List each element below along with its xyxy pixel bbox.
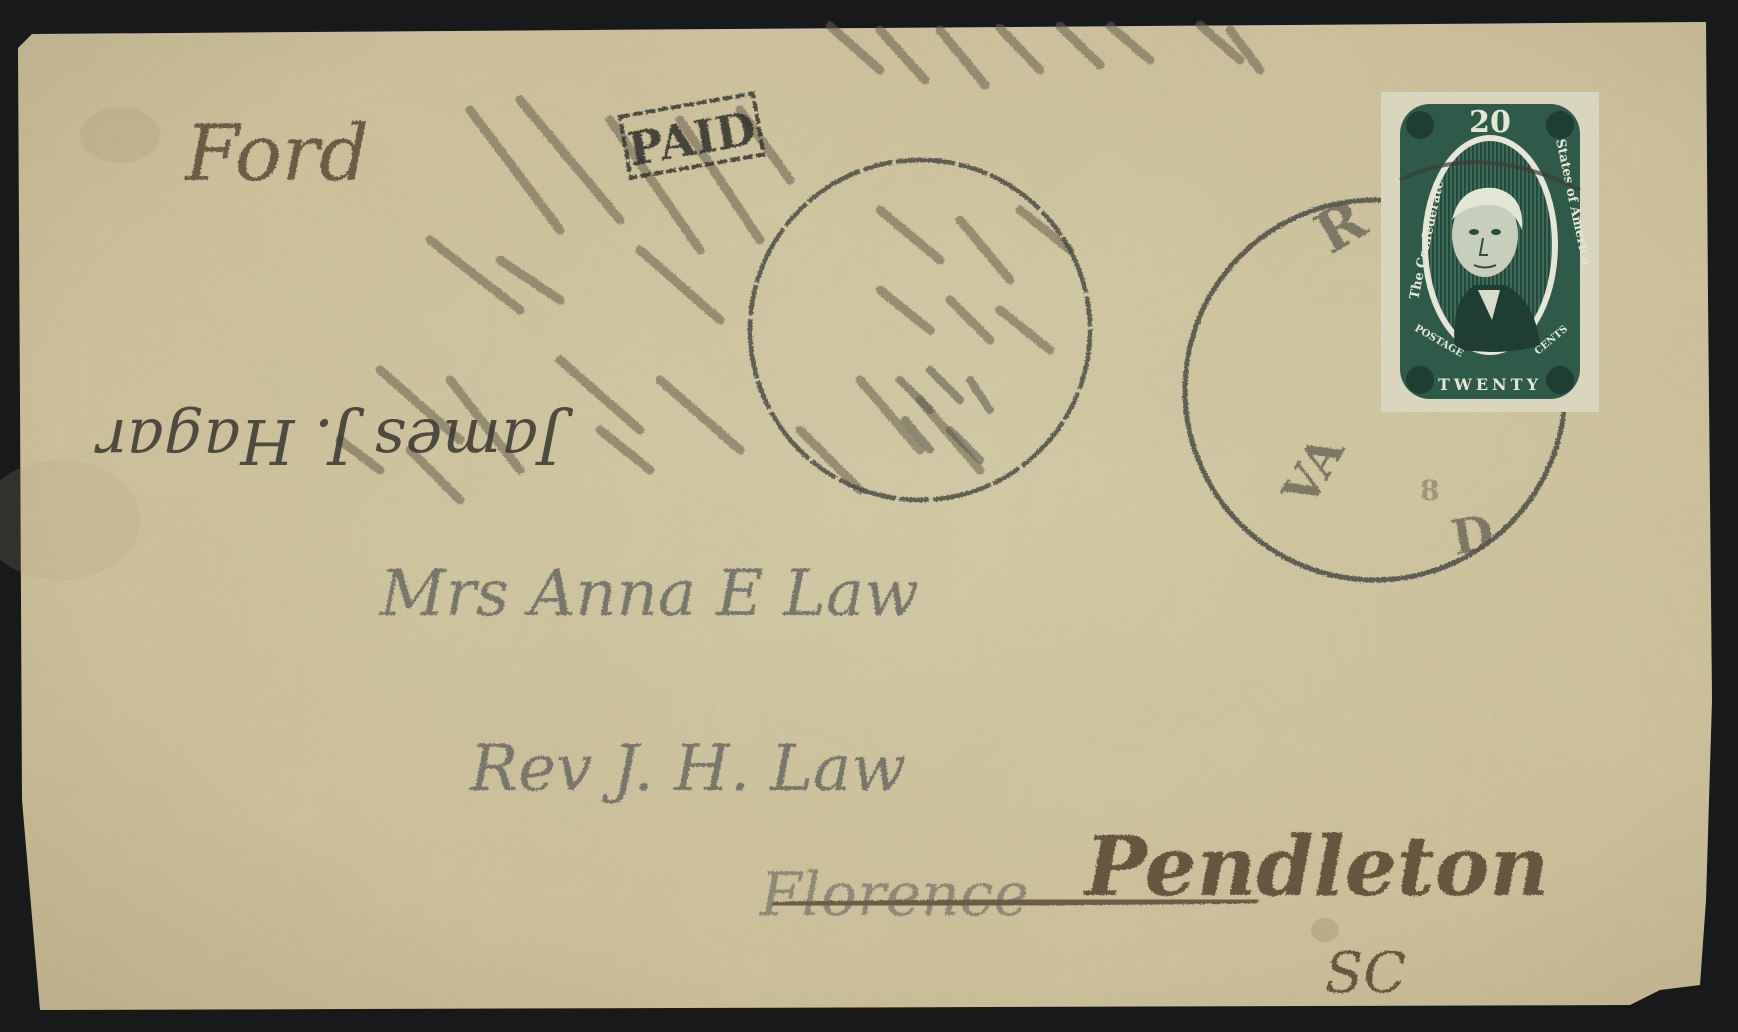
stamp-banner: TWENTY <box>1438 375 1542 394</box>
svg-text:8: 8 <box>1420 474 1439 507</box>
inverted-signature: James J. Hagar <box>94 405 574 478</box>
postage-stamp: 20 The Confederate States of America POS… <box>1381 92 1599 412</box>
forwarded-note-text: Ford <box>183 109 369 199</box>
inverted-signature-text: James J. Hagar <box>94 405 574 478</box>
stamp-denomination: 20 <box>1469 105 1511 140</box>
address-line-3-struck: Florence <box>759 860 1029 930</box>
forwarded-state: SC <box>1325 941 1406 1006</box>
address-line-1: Mrs Anna E Law <box>379 557 919 631</box>
address-line-2: Rev J. H. Law <box>469 732 906 806</box>
forwarded-town: Pendleton <box>1083 819 1549 915</box>
forwarded-note: Ford <box>183 109 369 199</box>
envelope-photo: Ford James J. Hagar PAID R VA D 8 <box>0 0 1738 1032</box>
